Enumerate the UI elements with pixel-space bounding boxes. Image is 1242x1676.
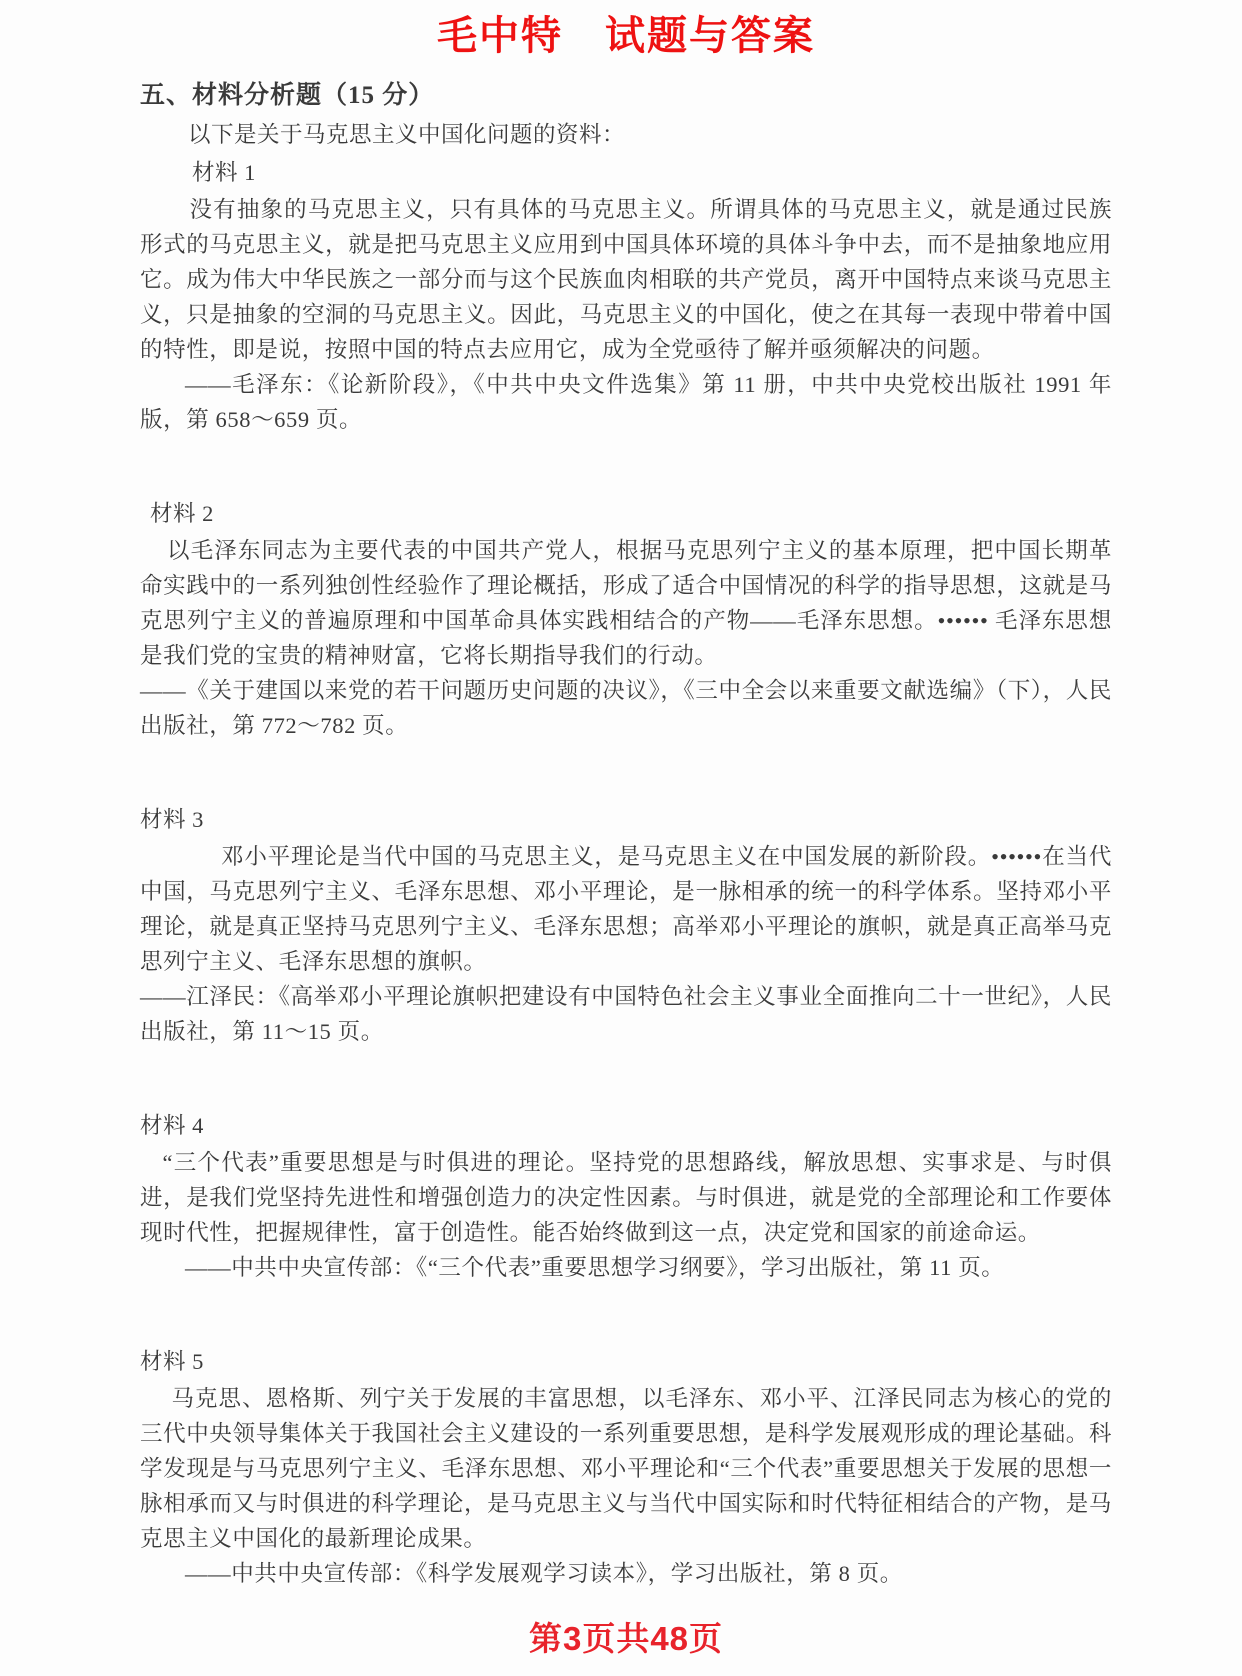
section-heading: 五、材料分析题（15 分） bbox=[140, 78, 1112, 113]
doc-title: 毛中特 试题与答案 bbox=[140, 14, 1112, 58]
document-page: 毛中特 试题与答案 五、材料分析题（15 分） 以下是关于马克思主义中国化问题的… bbox=[0, 0, 1242, 1676]
material-4: 材料 4 “三个代表”重要思想是与时俱进的理论。坚持党的思想路线，解放思想、实事… bbox=[140, 1107, 1112, 1285]
material-4-label: 材料 4 bbox=[140, 1107, 1112, 1145]
material-2: 材料 2 以毛泽东同志为主要代表的中国共产党人，根据马克思列宁主义的基本原理，把… bbox=[140, 495, 1112, 743]
material-3-body: 邓小平理论是当代中国的马克思主义，是马克思主义在中国发展的新阶段。••••••在… bbox=[140, 839, 1112, 979]
material-1-body: 没有抽象的马克思主义，只有具体的马克思主义。所谓具体的马克思主义，就是通过民族形… bbox=[140, 192, 1112, 367]
material-5-label: 材料 5 bbox=[140, 1343, 1112, 1381]
material-2-body: 以毛泽东同志为主要代表的中国共产党人，根据马克思列宁主义的基本原理，把中国长期革… bbox=[140, 533, 1112, 673]
question-intro: 以下是关于马克思主义中国化问题的资料： bbox=[140, 117, 1112, 152]
material-5: 材料 5 马克思、恩格斯、列宁关于发展的丰富思想，以毛泽东、邓小平、江泽民同志为… bbox=[140, 1343, 1112, 1591]
page-number: 第3页共48页 bbox=[140, 1591, 1112, 1666]
material-4-body: “三个代表”重要思想是与时俱进的理论。坚持党的思想路线，解放思想、实事求是、与时… bbox=[140, 1145, 1112, 1250]
material-5-body: 马克思、恩格斯、列宁关于发展的丰富思想，以毛泽东、邓小平、江泽民同志为核心的党的… bbox=[140, 1381, 1112, 1556]
material-3-citation: ——江泽民：《高举邓小平理论旗帜把建设有中国特色社会主义事业全面推向二十一世纪》… bbox=[140, 979, 1112, 1049]
material-1-citation: ——毛泽东：《论新阶段》，《中共中央文件选集》第 11 册，中共中央党校出版社 … bbox=[140, 367, 1112, 437]
material-3: 材料 3 邓小平理论是当代中国的马克思主义，是马克思主义在中国发展的新阶段。••… bbox=[140, 801, 1112, 1049]
material-1: 材料 1 没有抽象的马克思主义，只有具体的马克思主义。所谓具体的马克思主义，就是… bbox=[140, 154, 1112, 437]
material-4-citation: ——中共中央宣传部：《“三个代表”重要思想学习纲要》，学习出版社，第 11 页。 bbox=[140, 1250, 1112, 1285]
material-5-citation: ——中共中央宣传部：《科学发展观学习读本》，学习出版社，第 8 页。 bbox=[140, 1556, 1112, 1591]
material-2-citation: ——《关于建国以来党的若干问题历史问题的决议》，《三中全会以来重要文献选编》（下… bbox=[140, 673, 1112, 743]
material-1-label: 材料 1 bbox=[140, 154, 1112, 192]
material-2-label: 材料 2 bbox=[140, 495, 1112, 533]
material-3-label: 材料 3 bbox=[140, 801, 1112, 839]
